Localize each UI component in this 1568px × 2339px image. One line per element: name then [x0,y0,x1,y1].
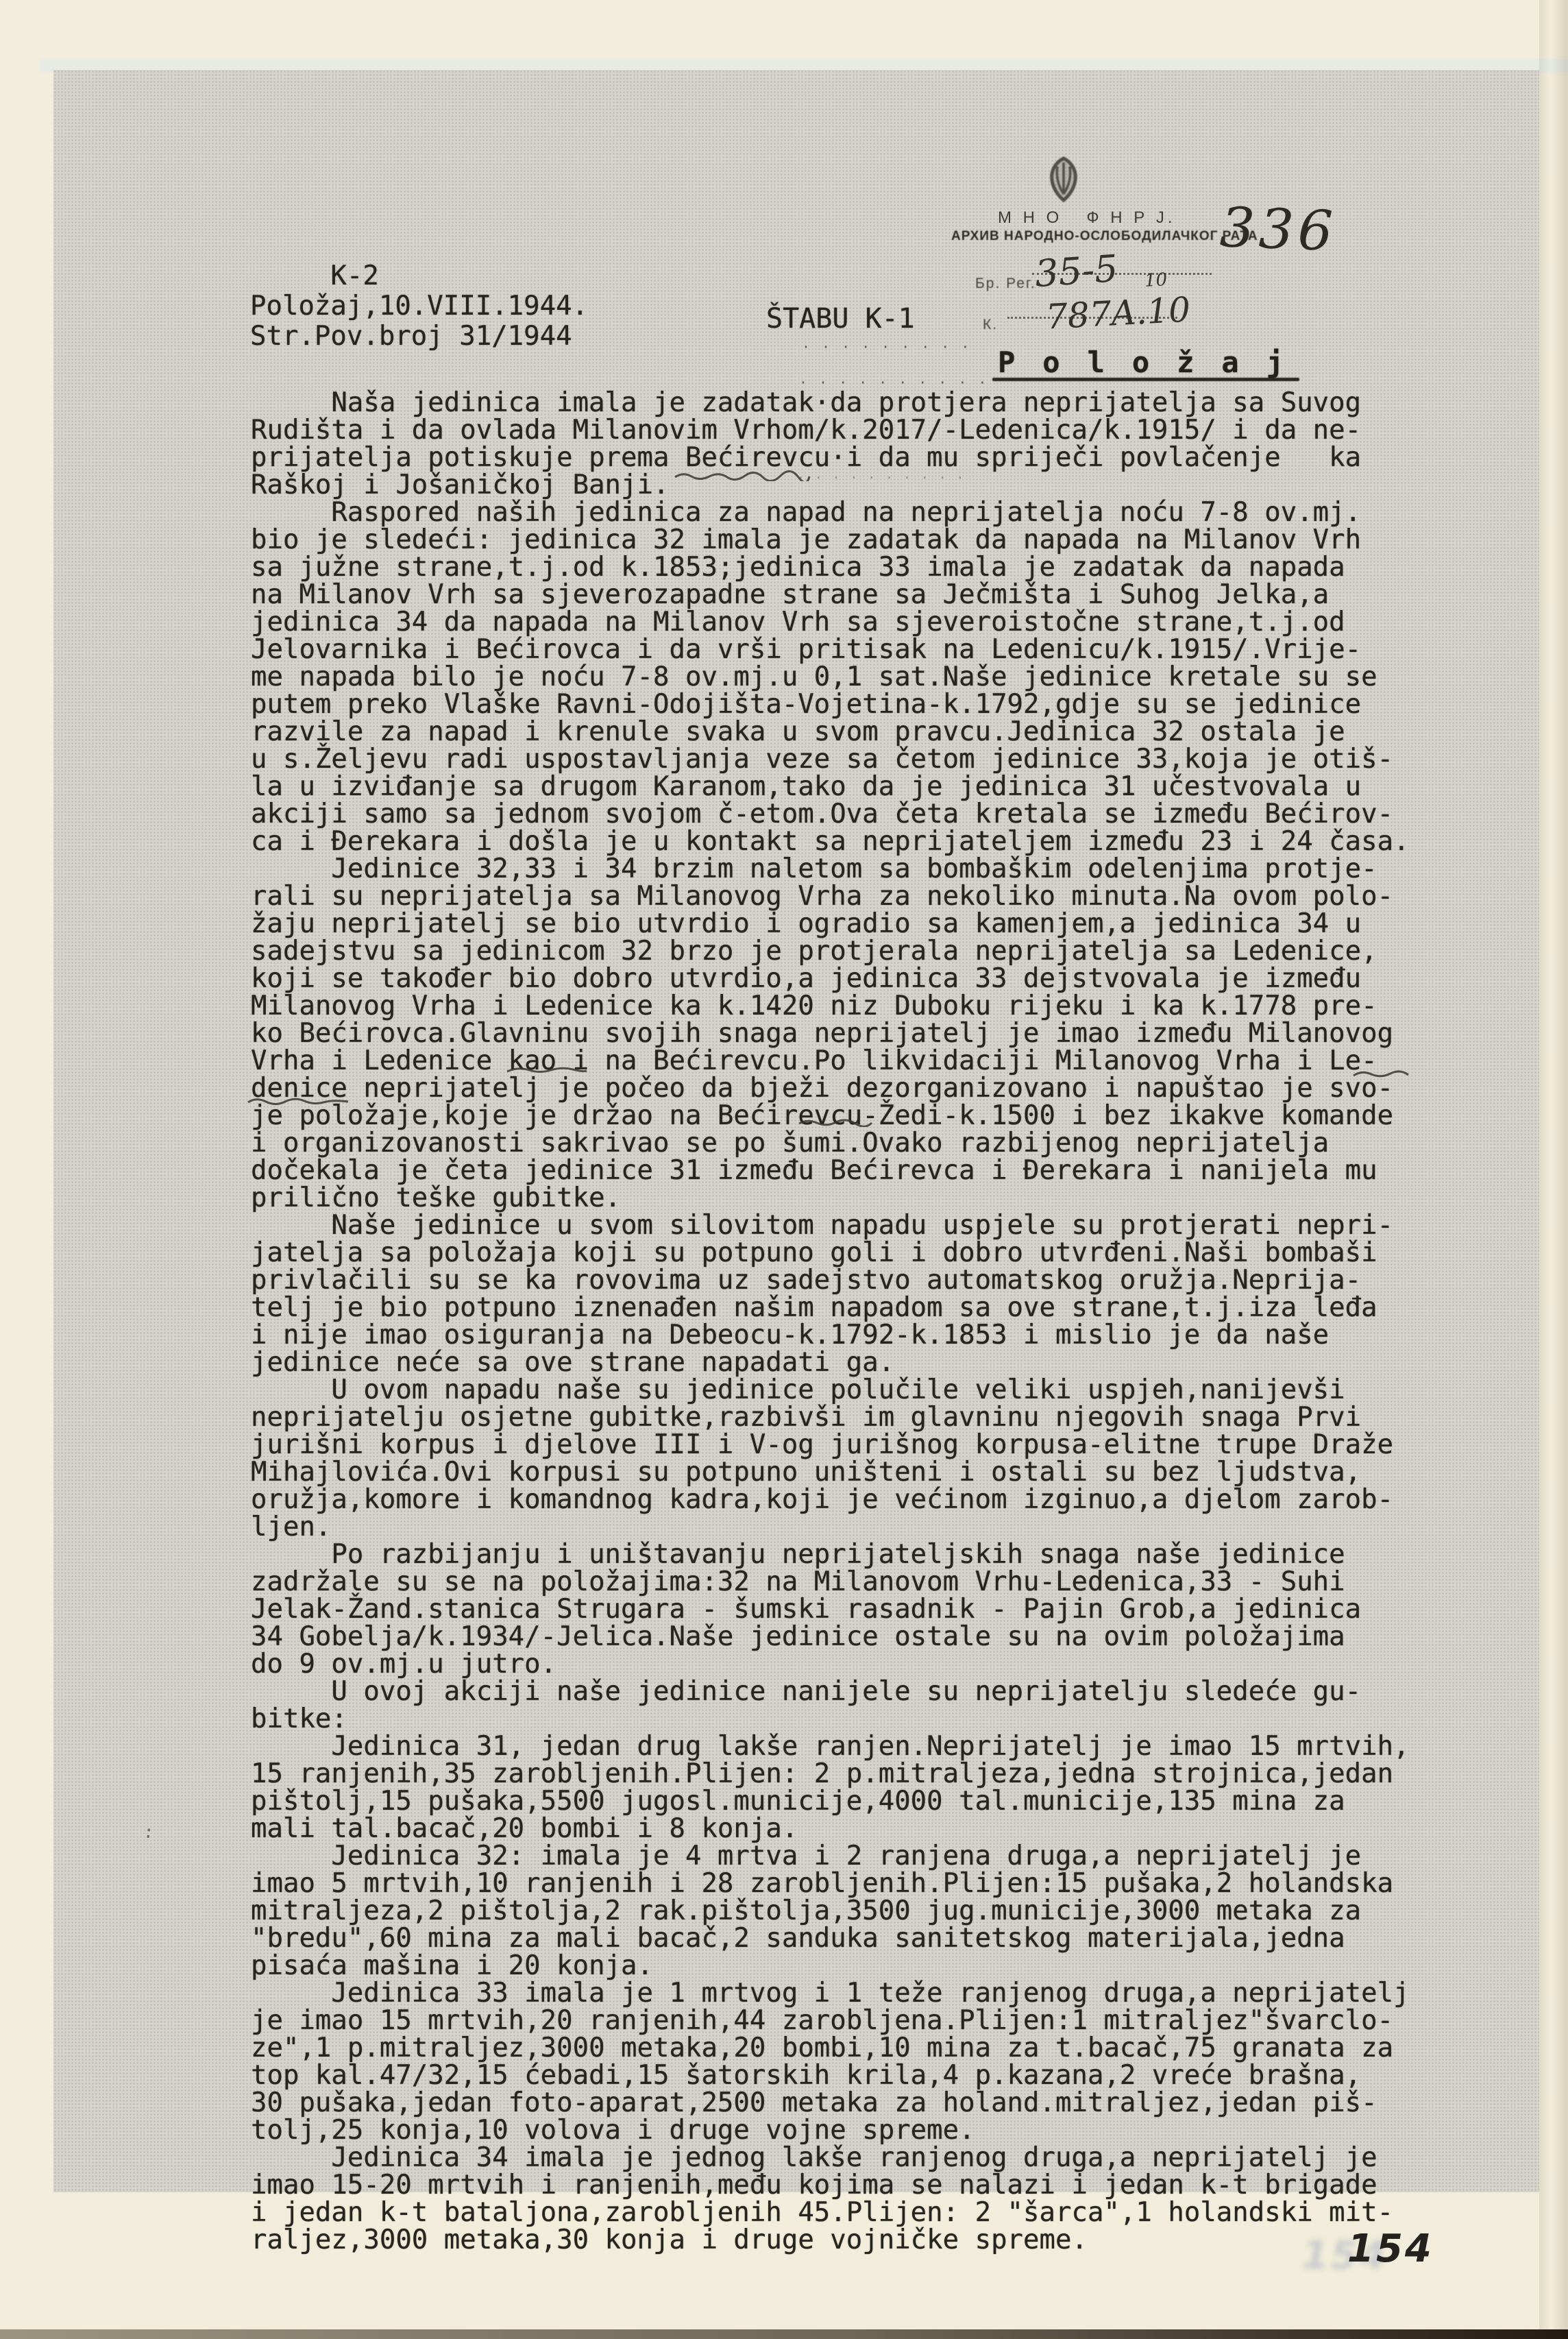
handwritten-squiggle-overline [506,1065,588,1075]
document-body-text: Naša jedinica imala je zadatak·da protje… [251,389,1410,2254]
handwritten-register-suffix: 10 [1144,269,1168,291]
document-scan-area: K-2 Položaj,10.VIII.1944. Str.Pov.broj 3… [53,70,1539,2192]
handwritten-tilde-mark [1352,1069,1410,1079]
handwritten-squiggle-underline [247,1095,350,1106]
book-page-number: 154 [1347,2227,1434,2271]
scanned-document-page: K-2 Položaj,10.VIII.1944. Str.Pov.broj 3… [0,0,1568,2339]
addressee-line: ŠTABU K-1 [766,303,915,335]
handwritten-register-number: 35-5 [1033,247,1119,295]
stamp-ministry-line: М Н О Ф Н Р Ј. [998,208,1135,228]
title-underline [992,378,1299,381]
document-header-block: K-2 Položaj,10.VIII.1944. Str.Pov.broj 3… [250,261,588,352]
stamp-register-label: Бр. Рег. [975,276,1036,292]
stamp-archive-line: АРХИВ НАРОДНО-ОСЛОБОДИЛАЧКОГ РАТА [951,229,1188,244]
handwritten-squiggle-underline [674,470,811,481]
stamp-box-label: К. [983,317,998,333]
handwritten-squiggle-underline [798,1117,873,1127]
addressee-dots-row: ········· [802,339,981,355]
handwritten-box-number: 787A.10 [1045,290,1192,337]
coat-of-arms-stamp-icon [1042,156,1085,203]
book-bottom-edge [0,2329,1568,2339]
margin-ink-mark: : [142,1821,155,1843]
page-edge-shadow [1539,0,1568,2339]
handwritten-archive-page-number: 336 [1218,195,1338,263]
document-title: Položaj [998,346,1311,379]
